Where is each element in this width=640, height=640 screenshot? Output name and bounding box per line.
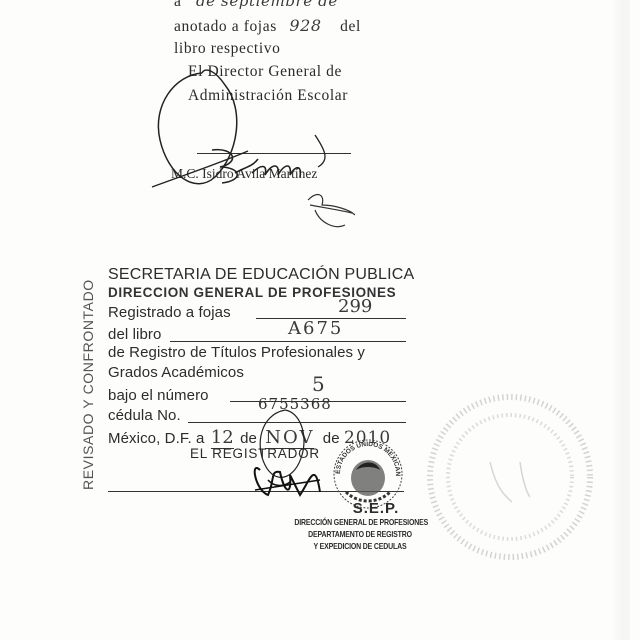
- numero-handwritten-value: 5: [312, 372, 325, 396]
- fojas-handwritten-value: 928: [289, 16, 321, 35]
- registrado-label: Registrado a fojas: [108, 304, 231, 321]
- cedula-label: cédula No.: [108, 407, 181, 424]
- sep-seal-org: S.E.P.: [336, 500, 416, 517]
- revisado-confrontado-label: REVISADO Y CONFRONTADO: [80, 279, 96, 490]
- sep-seal-line3: Y EXPEDICION DE CEDULAS: [294, 541, 425, 551]
- lugar-label: México, D.F. a: [108, 430, 204, 447]
- page-edge-shadow: [612, 0, 630, 640]
- embossed-seal-icon: [420, 392, 600, 572]
- handwritten-date-partial: de septiembre de: [196, 0, 338, 10]
- registro-titulos-line: de Registro de Títulos Profesionales y: [108, 344, 365, 361]
- stamp-heading-secretaria: SECRETARIA DE EDUCACIÓN PUBLICA: [108, 266, 414, 284]
- fojas-suffix: del: [340, 18, 361, 35]
- sep-seal-line2: DEPARTAMENTO DE REGISTRO: [294, 529, 425, 539]
- libro-rule: [170, 341, 406, 342]
- libro-label: del libro: [108, 326, 161, 343]
- sep-seal-line1: DIRECCIÓN GENERAL DE PROFESIONES: [294, 517, 425, 527]
- numero-label: bajo el número: [108, 387, 209, 404]
- fojas-line: anotado a fojas 928 del: [174, 16, 361, 36]
- director-signature-icon: [140, 55, 380, 245]
- fojas-label: anotado a fojas: [174, 18, 277, 35]
- cut-off-text: a: [174, 0, 181, 10]
- cut-off-line: a de septiembre de: [174, 0, 338, 11]
- grados-academicos-line: Grados Académicos: [108, 364, 244, 381]
- libro-handwritten-value: A675: [288, 318, 343, 339]
- registrar-signature-icon: [230, 400, 340, 510]
- registrado-handwritten-value: 299: [338, 296, 372, 317]
